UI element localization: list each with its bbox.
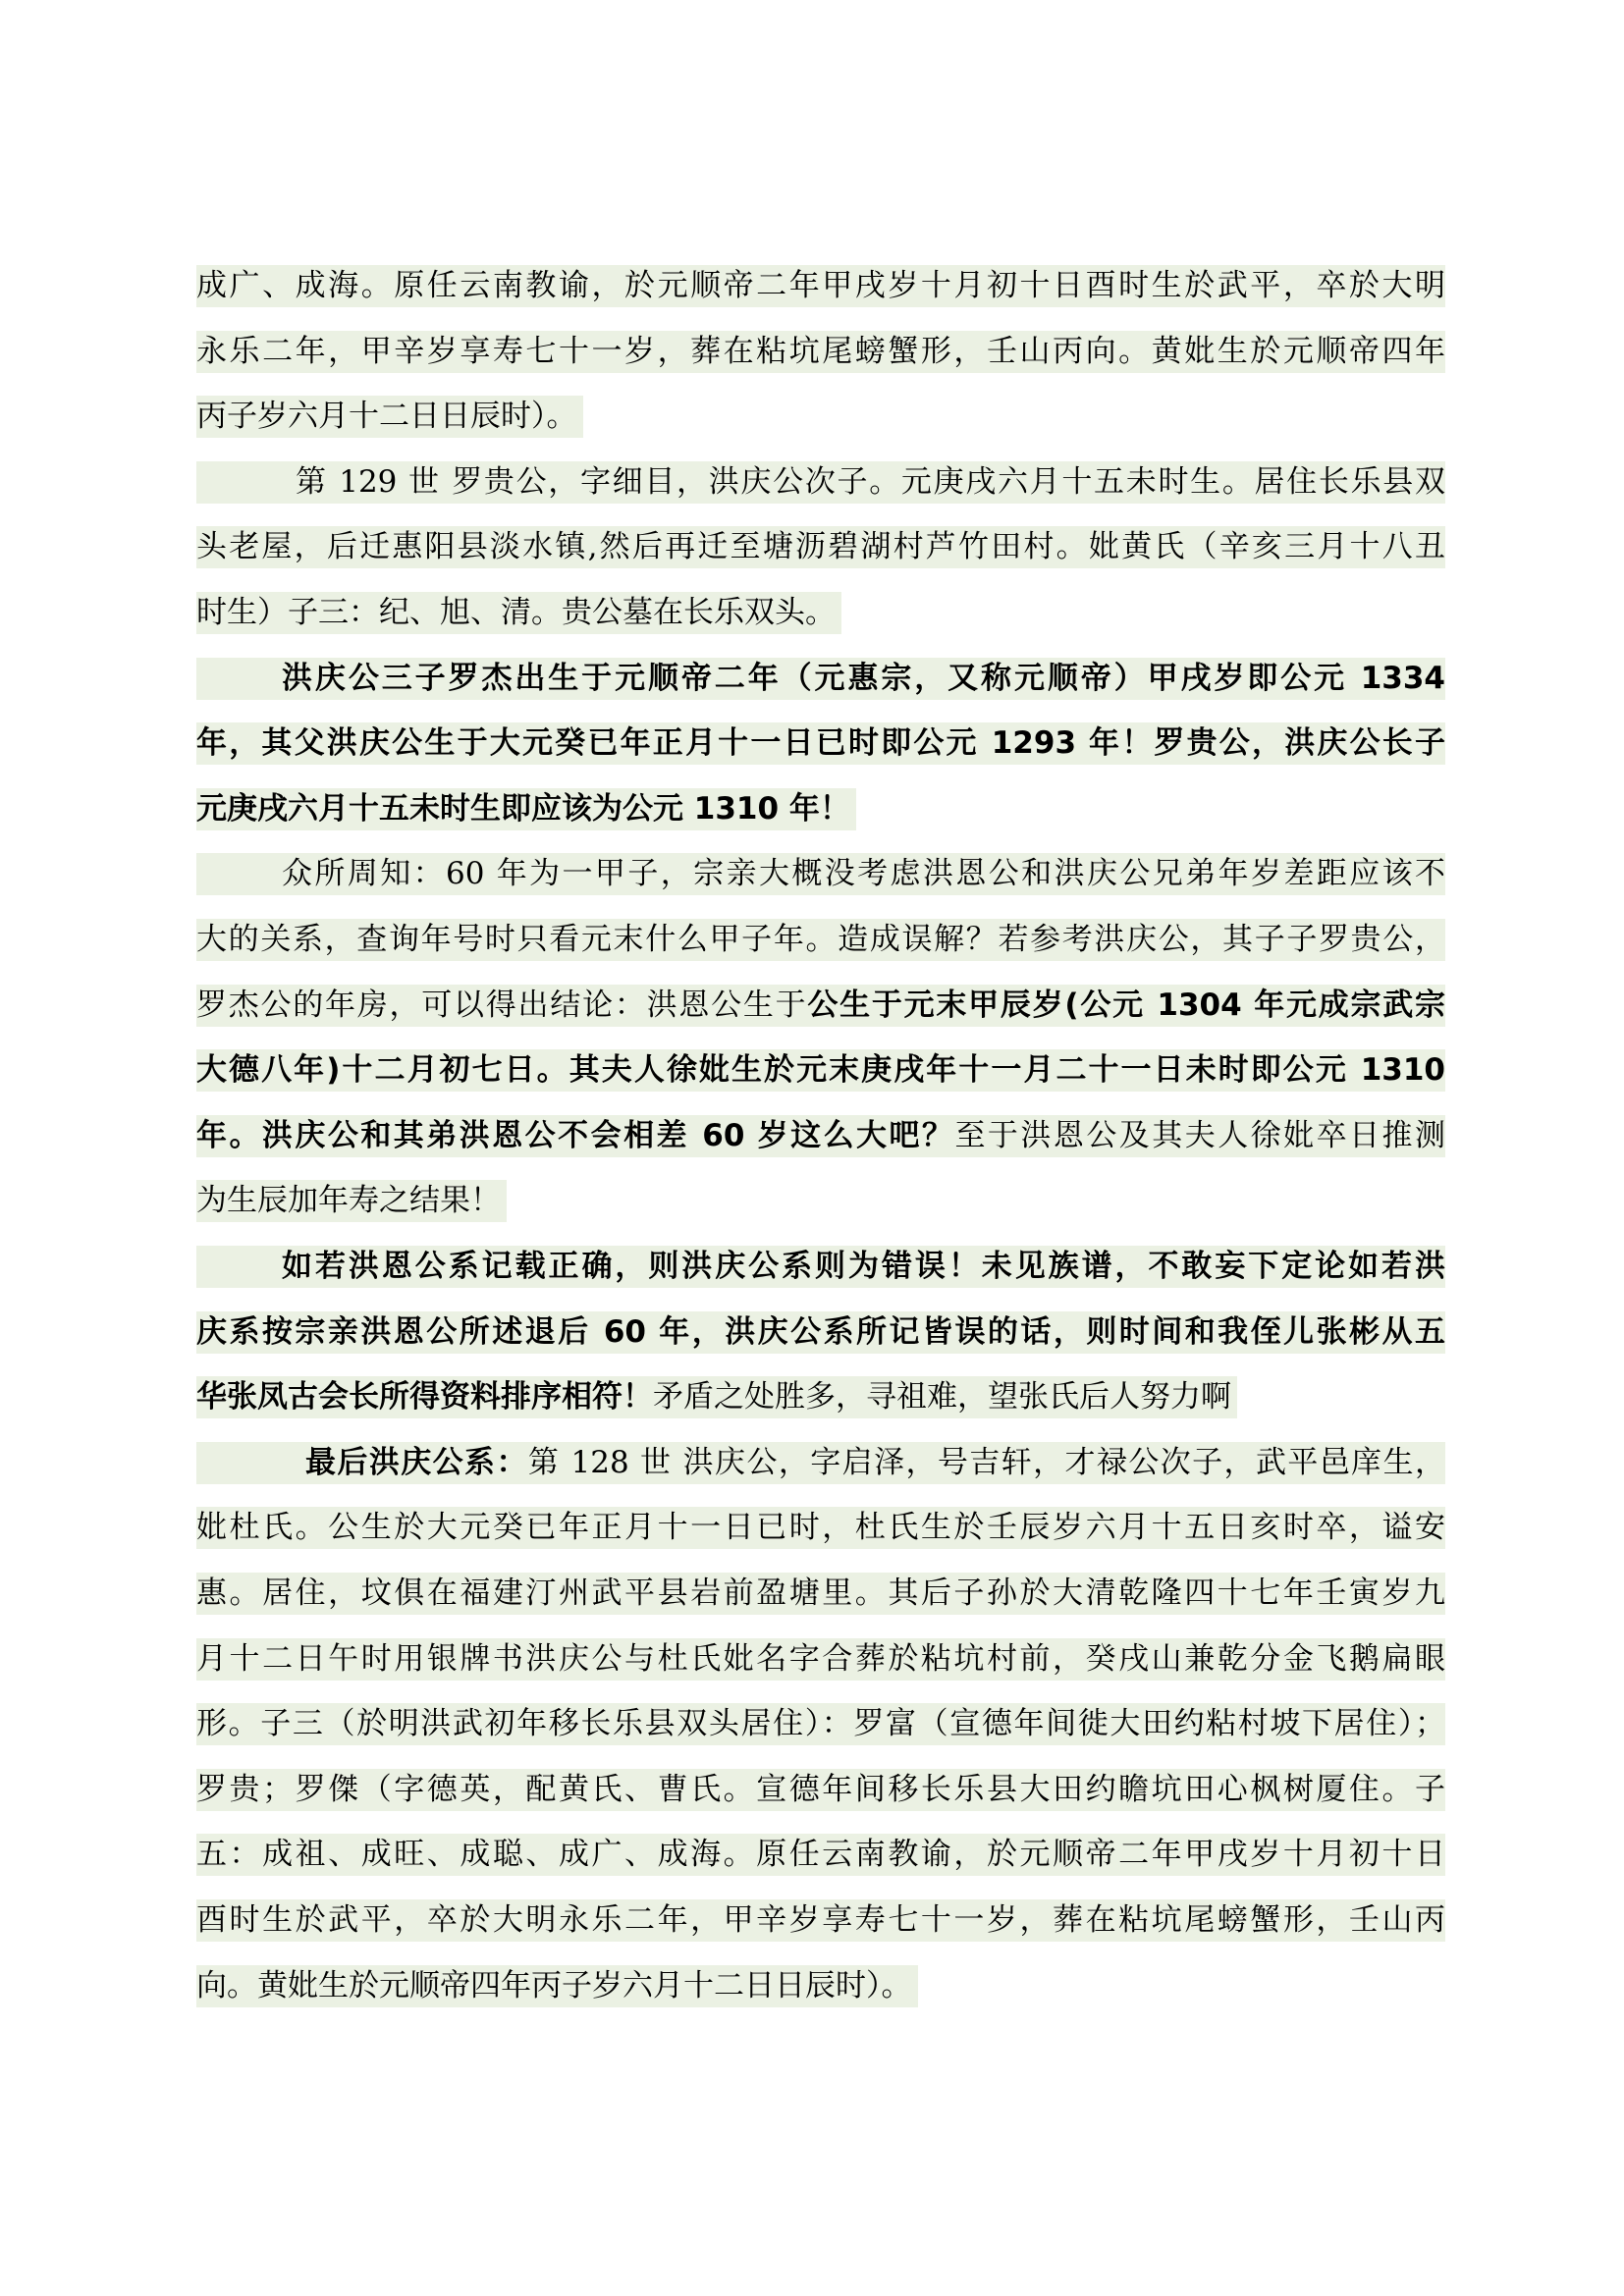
bold-text-run: 公生于元末甲辰岁(公元 1304 年元成宗武宗 bbox=[807, 988, 1445, 1023]
bold-text-run: 元庚戌六月十五未时生即应该为公元 1310 年！ bbox=[196, 791, 850, 827]
text-run: 第 129 世 罗贵公，字细目，洪庆公次子。元庚戌六月十五未时生。居住长乐县双 bbox=[296, 464, 1445, 500]
text-run: 第 128 世 洪庆公，字启泽，号吉轩，才禄公次子，武平邑庠生， bbox=[528, 1445, 1445, 1480]
text-run: 成广、成海。原任云南教谕，於元顺帝二年甲戌岁十月初十日酉时生於武平，卒於大明 bbox=[196, 268, 1445, 303]
text-line: 向。黄妣生於元顺帝四年丙子岁六月十二日日辰时）。 bbox=[196, 1965, 918, 2007]
text-run: 为生辰加年寿之结果！ bbox=[196, 1183, 501, 1218]
text-line: 成广、成海。原任云南教谕，於元顺帝二年甲戌岁十月初十日酉时生於武平，卒於大明 bbox=[196, 265, 1445, 307]
text-line: 酉时生於武平，卒於大明永乐二年，甲辛岁享寿七十一岁，葬在粘坑尾螃蟹形，壬山丙 bbox=[196, 1899, 1445, 1942]
text-line: 月十二日午时用银牌书洪庆公与杜氏妣名字合葬於粘坑村前，癸戌山兼乾分金飞鹅扁眼 bbox=[196, 1638, 1445, 1681]
text-line: 如若洪恩公系记载正确，则洪庆公系则为错误！未见族谱，不敢妄下定论如若洪 bbox=[196, 1246, 1445, 1288]
text-line: 丙子岁六月十二日日辰时）。 bbox=[196, 396, 583, 438]
text-line: 华张凤古会长所得资料排序相符！矛盾之处胜多，寻祖难，望张氏后人努力啊 bbox=[196, 1376, 1237, 1418]
text-line: 年，其父洪庆公生于大元癸已年正月十一日已时即公元 1293 年！罗贵公，洪庆公长… bbox=[196, 722, 1445, 765]
text-line: 年。洪庆公和其弟洪恩公不会相差 60 岁这么大吧？至于洪恩公及其夫人徐妣卒日推测 bbox=[196, 1115, 1445, 1157]
text-run: 矛盾之处胜多，寻祖难，望张氏后人努力啊 bbox=[653, 1379, 1231, 1415]
text-run: 五：成祖、成旺、成聪、成广、成海。原任云南教谕，於元顺帝二年甲戌岁十月初十日 bbox=[196, 1837, 1445, 1872]
text-line: 庆系按宗亲洪恩公所述退后 60 年，洪庆公系所记皆误的话，则时间和我侄儿张彬从五 bbox=[196, 1311, 1445, 1354]
text-line: 形。子三（於明洪武初年移长乐县双头居住）：罗富（宣德年间徙大田约粘村坡下居住）； bbox=[196, 1703, 1445, 1745]
text-run: 头老屋，后迁惠阳县淡水镇,然后再迁至塘沥碧湖村芦竹田村。妣黄氏（辛亥三月十八丑 bbox=[196, 529, 1445, 564]
text-line: 洪庆公三子罗杰出生于元顺帝二年（元惠宗，又称元顺帝）甲戌岁即公元 1334 bbox=[196, 658, 1445, 700]
bold-text-run: 庆系按宗亲洪恩公所述退后 60 年，洪庆公系所记皆误的话，则时间和我侄儿张彬从五 bbox=[196, 1314, 1445, 1350]
text-run: 罗杰公的年房，可以得出结论：洪恩公生于 bbox=[196, 988, 807, 1023]
text-run: 妣杜氏。公生於大元癸已年正月十一日已时，杜氏生於壬辰岁六月十五日亥时卒，谥安 bbox=[196, 1510, 1445, 1545]
text-run: 丙子岁六月十二日日辰时）。 bbox=[196, 399, 577, 434]
text-line: 第 129 世 罗贵公，字细目，洪庆公次子。元庚戌六月十五未时生。居住长乐县双 bbox=[196, 461, 1445, 504]
text-run: 月十二日午时用银牌书洪庆公与杜氏妣名字合葬於粘坑村前，癸戌山兼乾分金飞鹅扁眼 bbox=[196, 1641, 1445, 1677]
bold-text-run: 华张凤古会长所得资料排序相符！ bbox=[196, 1379, 653, 1415]
text-run: 惠。居住，坟俱在福建汀州武平县岩前盈塘里。其后子孙於大清乾隆四十七年壬寅岁九 bbox=[196, 1575, 1445, 1611]
bold-text-run: 最后洪庆公系： bbox=[305, 1445, 528, 1480]
text-run: 时生）子三：纪、旭、清。贵公墓在长乐双头。 bbox=[196, 595, 836, 630]
text-line: 五：成祖、成旺、成聪、成广、成海。原任云南教谕，於元顺帝二年甲戌岁十月初十日 bbox=[196, 1834, 1445, 1876]
text-run: 众所周知：60 年为一甲子，宗亲大概没考虑洪恩公和洪庆公兄弟年岁差距应该不 bbox=[282, 856, 1445, 891]
text-run: 罗贵；罗傑（字德英，配黄氏、曹氏。宣德年间移长乐县大田约瞻坑田心枫树厦住。子 bbox=[196, 1772, 1445, 1807]
text-line: 众所周知：60 年为一甲子，宗亲大概没考虑洪恩公和洪庆公兄弟年岁差距应该不 bbox=[196, 853, 1445, 895]
text-run: 形。子三（於明洪武初年移长乐县双头居住）：罗富（宣德年间徙大田约粘村坡下居住）； bbox=[196, 1706, 1445, 1741]
text-run: 酉时生於武平，卒於大明永乐二年，甲辛岁享寿七十一岁，葬在粘坑尾螃蟹形，壬山丙 bbox=[196, 1902, 1445, 1938]
text-run: 至于洪恩公及其夫人徐妣卒日推测 bbox=[954, 1118, 1445, 1153]
text-line: 惠。居住，坟俱在福建汀州武平县岩前盈塘里。其后子孙於大清乾隆四十七年壬寅岁九 bbox=[196, 1573, 1445, 1615]
text-line: 头老屋，后迁惠阳县淡水镇,然后再迁至塘沥碧湖村芦竹田村。妣黄氏（辛亥三月十八丑 bbox=[196, 526, 1445, 568]
text-line: 妣杜氏。公生於大元癸已年正月十一日已时，杜氏生於壬辰岁六月十五日亥时卒，谥安 bbox=[196, 1507, 1445, 1549]
text-line: 大的关系，查询年号时只看元末什么甲子年。造成误解？若参考洪庆公，其子子罗贵公， bbox=[196, 919, 1445, 961]
text-run: 向。黄妣生於元顺帝四年丙子岁六月十二日日辰时）。 bbox=[196, 1968, 912, 2003]
text-line: 为生辰加年寿之结果！ bbox=[196, 1180, 507, 1222]
text-line: 永乐二年，甲辛岁享寿七十一岁，葬在粘坑尾螃蟹形，壬山丙向。黄妣生於元顺帝四年 bbox=[196, 331, 1445, 373]
document-page: 成广、成海。原任云南教谕，於元顺帝二年甲戌岁十月初十日酉时生於武平，卒於大明永乐… bbox=[0, 0, 1624, 2296]
text-line: 罗贵；罗傑（字德英，配黄氏、曹氏。宣德年间移长乐县大田约瞻坑田心枫树厦住。子 bbox=[196, 1769, 1445, 1811]
bold-text-run: 大德八年)十二月初七日。其夫人徐妣生於元末庚戌年十一月二十一日未时即公元 131… bbox=[196, 1052, 1445, 1088]
text-line: 元庚戌六月十五未时生即应该为公元 1310 年！ bbox=[196, 788, 856, 830]
text-line: 最后洪庆公系：第 128 世 洪庆公，字启泽，号吉轩，才禄公次子，武平邑庠生， bbox=[196, 1442, 1445, 1484]
bold-text-run: 年。洪庆公和其弟洪恩公不会相差 60 岁这么大吧？ bbox=[196, 1118, 954, 1153]
text-run: 永乐二年，甲辛岁享寿七十一岁，葬在粘坑尾螃蟹形，壬山丙向。黄妣生於元顺帝四年 bbox=[196, 334, 1445, 369]
bold-text-run: 年，其父洪庆公生于大元癸已年正月十一日已时即公元 1293 年！罗贵公，洪庆公长… bbox=[196, 725, 1445, 761]
text-run: 大的关系，查询年号时只看元末什么甲子年。造成误解？若参考洪庆公，其子子罗贵公， bbox=[196, 922, 1445, 957]
text-line: 罗杰公的年房，可以得出结论：洪恩公生于公生于元末甲辰岁(公元 1304 年元成宗… bbox=[196, 985, 1445, 1027]
bold-text-run: 如若洪恩公系记载正确，则洪庆公系则为错误！未见族谱，不敢妄下定论如若洪 bbox=[282, 1249, 1445, 1284]
text-line: 大德八年)十二月初七日。其夫人徐妣生於元末庚戌年十一月二十一日未时即公元 131… bbox=[196, 1049, 1445, 1092]
bold-text-run: 洪庆公三子罗杰出生于元顺帝二年（元惠宗，又称元顺帝）甲戌岁即公元 1334 bbox=[282, 661, 1445, 696]
text-line: 时生）子三：纪、旭、清。贵公墓在长乐双头。 bbox=[196, 592, 841, 634]
